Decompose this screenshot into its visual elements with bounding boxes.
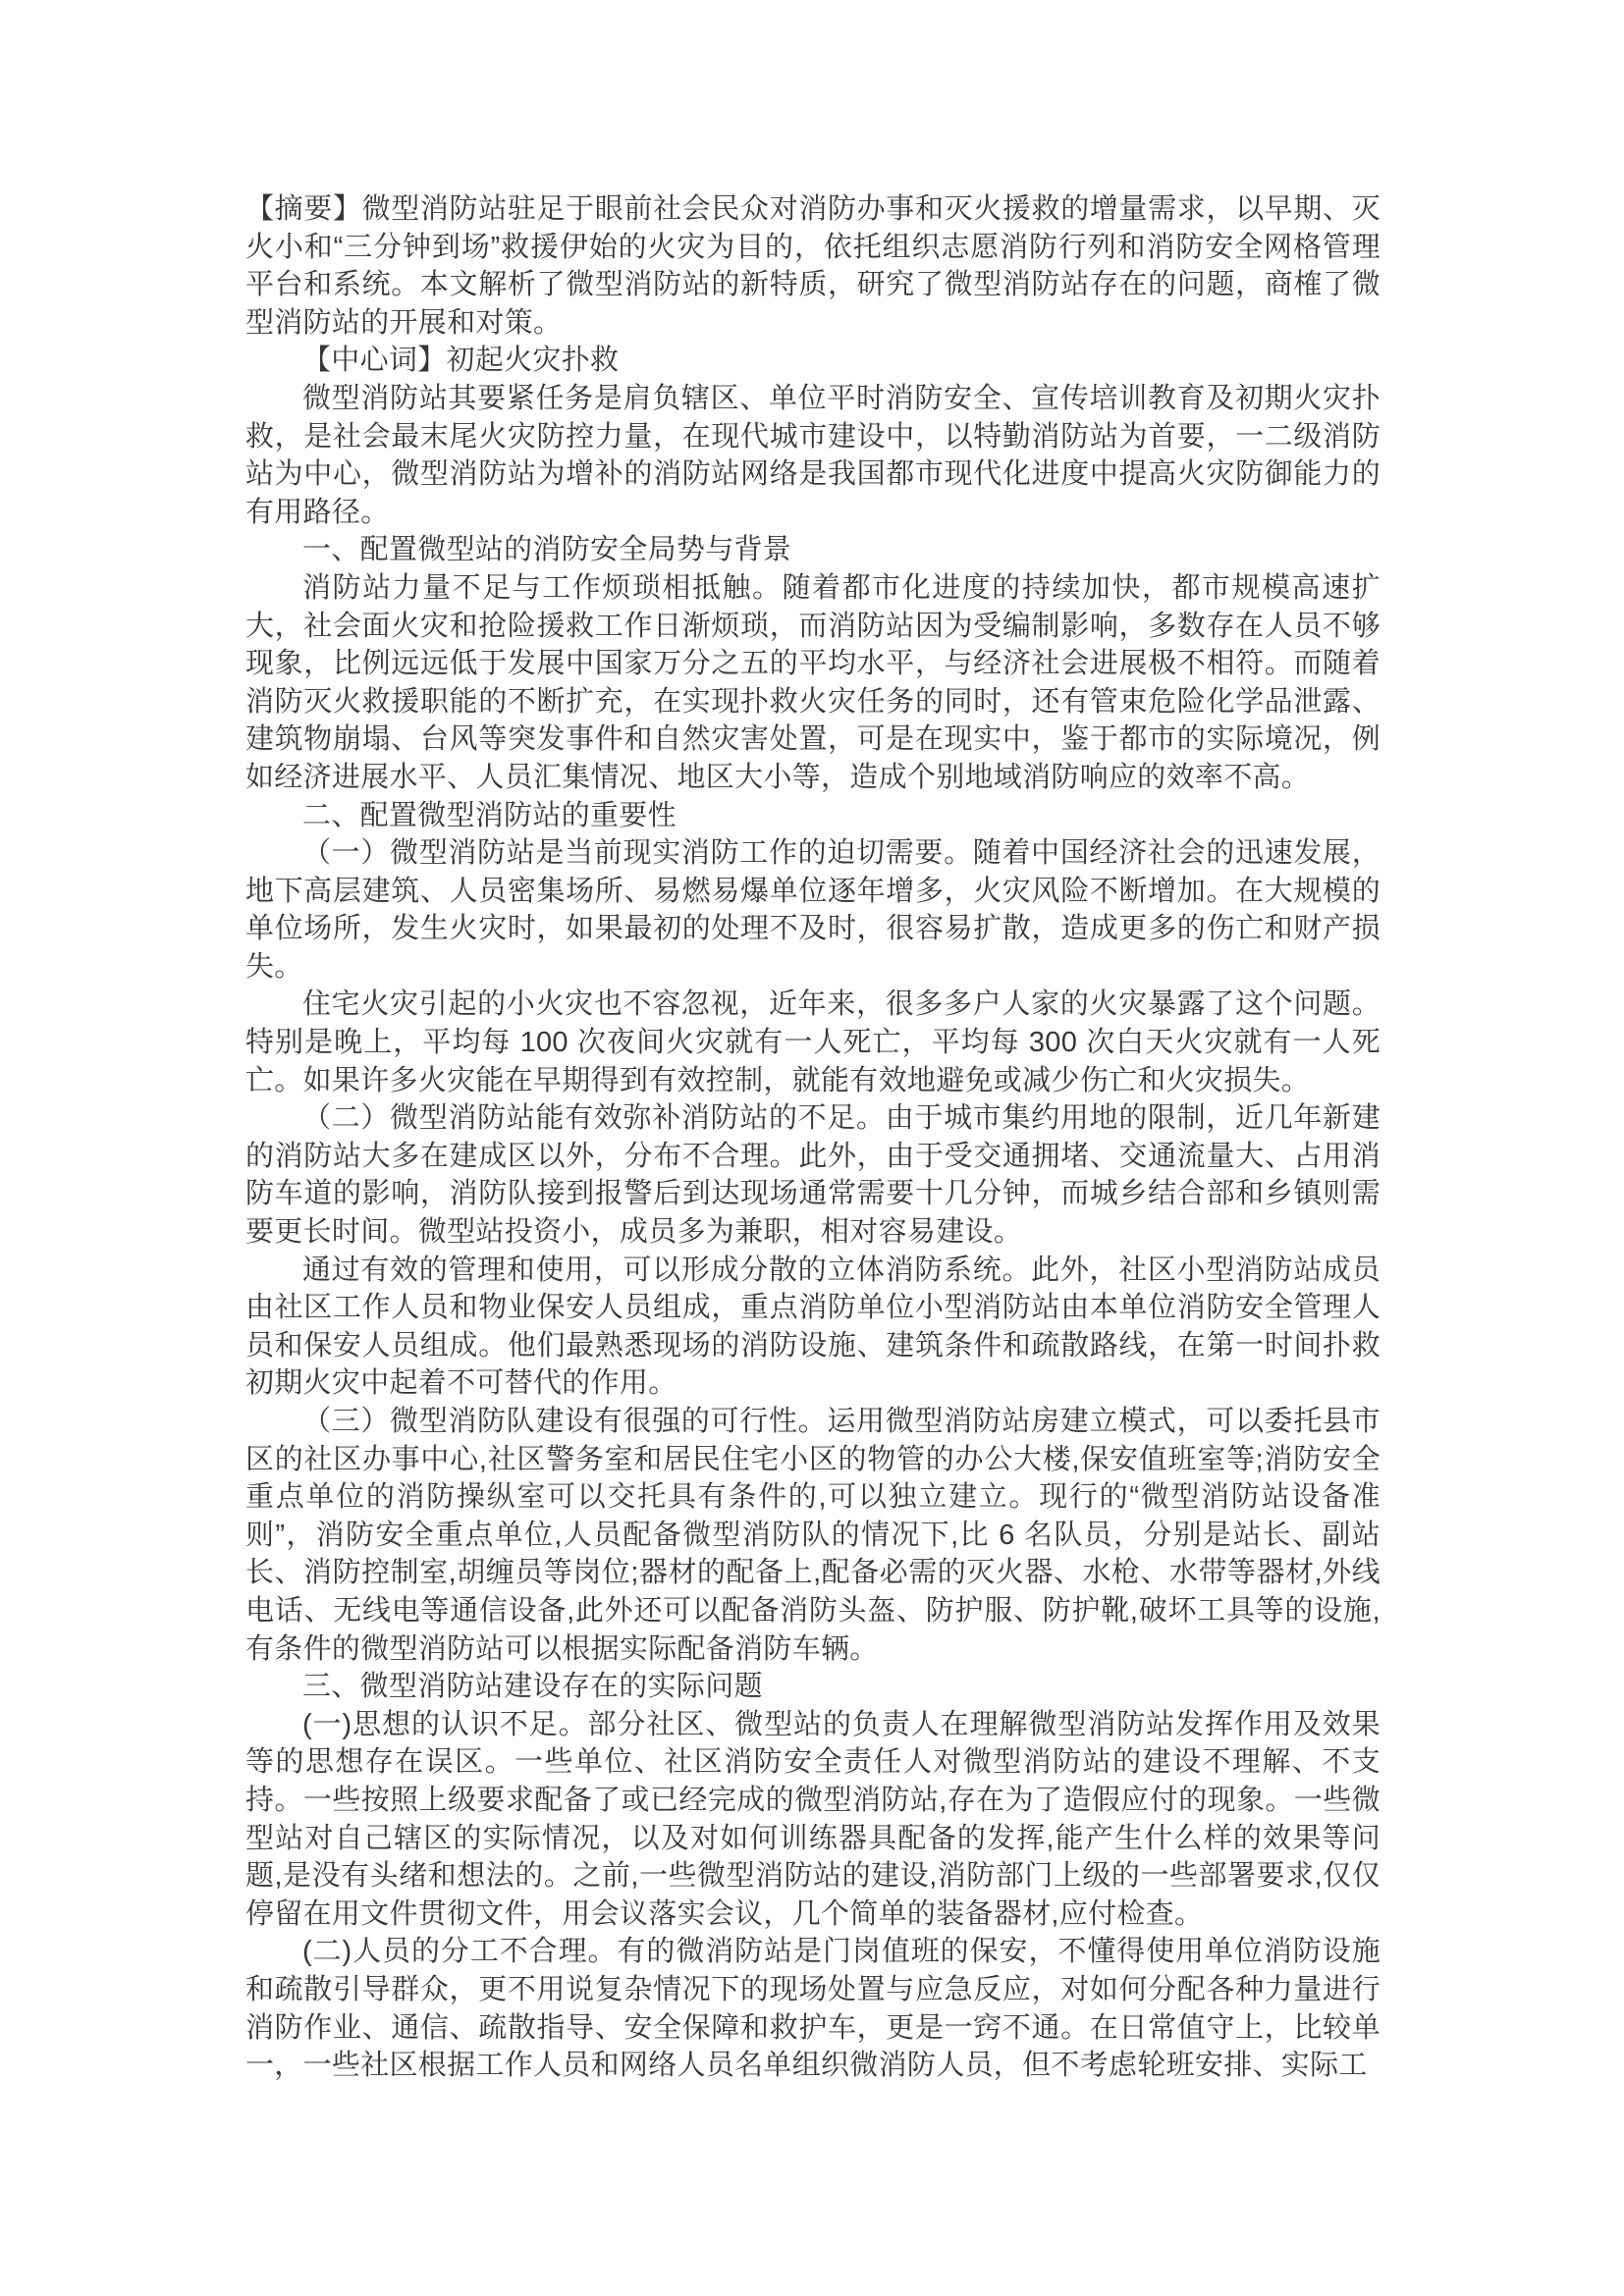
paragraph: 住宅火灾引起的小火灾也不容忽视，近年来，很多多户人家的火灾暴露了这个问题。特别是…	[245, 986, 1380, 1099]
paragraph: 微型消防站其要紧任务是肩负辖区、单位平时消防安全、宣传培训教育及初期火灾扑救，是…	[245, 380, 1380, 531]
paragraph: 通过有效的管理和使用，可以形成分散的立体消防系统。此外，社区小型消防站成员由社区…	[245, 1252, 1380, 1403]
paragraph: （二）微型消防站能有效弥补消防站的不足。由于城市集约用地的限制，近几年新建的消防…	[245, 1099, 1380, 1251]
document-page: 【摘要】微型消防站驻足于眼前社会民众对消防办事和灭火援救的增量需求，以早期、灭火…	[0, 0, 1624, 2296]
paragraph: 一、配置微型站的消防安全局势与背景	[245, 531, 1380, 569]
paragraph: (一)思想的认识不足。部分社区、微型站的负责人在理解微型消防站发挥作用及效果等的…	[245, 1706, 1380, 1934]
paragraph: 【中心词】初起火灾扑救	[245, 342, 1380, 380]
paragraph: 【摘要】微型消防站驻足于眼前社会民众对消防办事和灭火援救的增量需求，以早期、灭火…	[245, 190, 1380, 342]
paragraph: 三、微型消防站建设存在的实际问题	[245, 1668, 1380, 1706]
paragraph: （一）微型消防站是当前现实消防工作的迫切需要。随着中国经济社会的迅速发展，地下高…	[245, 834, 1380, 986]
document-body: 【摘要】微型消防站驻足于眼前社会民众对消防办事和灭火援救的增量需求，以早期、灭火…	[245, 190, 1380, 2085]
paragraph: (二)人员的分工不合理。有的微消防站是门岗值班的保安，不懂得使用单位消防设施和疏…	[245, 1933, 1380, 2084]
paragraph: 消防站力量不足与工作烦琐相抵触。随着都市化进度的持续加快，都市规模高速扩大，社会…	[245, 569, 1380, 797]
paragraph: （三）微型消防队建设有很强的可行性。运用微型消防站房建立模式，可以委托县市区的社…	[245, 1403, 1380, 1668]
paragraph: 二、配置微型消防站的重要性	[245, 797, 1380, 835]
